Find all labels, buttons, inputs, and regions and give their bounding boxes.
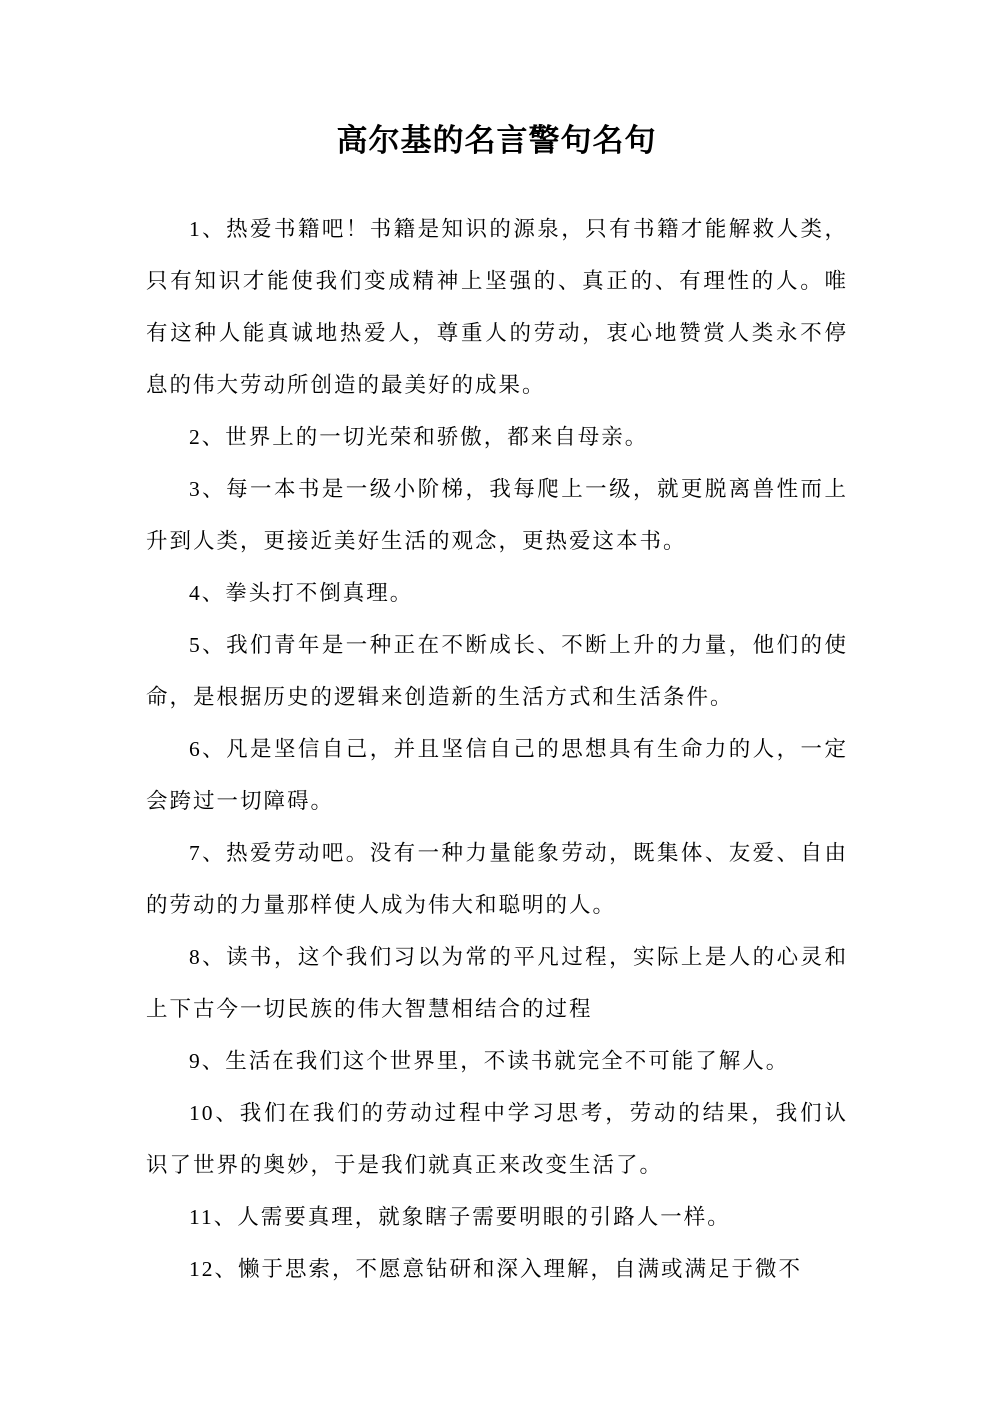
- quote-paragraph-4: 4、拳头打不倒真理。: [146, 567, 848, 619]
- quote-paragraph-7: 7、热爱劳动吧。没有一种力量能象劳动，既集体、友爱、自由的劳动的力量那样使人成为…: [146, 827, 848, 931]
- quote-paragraph-10: 10、我们在我们的劳动过程中学习思考，劳动的结果，我们认识了世界的奥妙，于是我们…: [146, 1087, 848, 1191]
- quote-paragraph-12: 12、懒于思索，不愿意钻研和深入理解，自满或满足于微不: [146, 1243, 848, 1295]
- quote-paragraph-11: 11、人需要真理，就象瞎子需要明眼的引路人一样。: [146, 1191, 848, 1243]
- document-title: 高尔基的名言警句名句: [0, 121, 993, 161]
- quote-paragraph-9: 9、生活在我们这个世界里，不读书就完全不可能了解人。: [146, 1035, 848, 1087]
- quote-paragraph-3: 3、每一本书是一级小阶梯，我每爬上一级，就更脱离兽性而上升到人类，更接近美好生活…: [146, 463, 848, 567]
- quote-paragraph-6: 6、凡是坚信自己，并且坚信自己的思想具有生命力的人，一定会跨过一切障碍。: [146, 723, 848, 827]
- quote-paragraph-1: 1、热爱书籍吧！书籍是知识的源泉，只有书籍才能解救人类，只有知识才能使我们变成精…: [146, 203, 848, 411]
- document-body: 1、热爱书籍吧！书籍是知识的源泉，只有书籍才能解救人类，只有知识才能使我们变成精…: [146, 203, 848, 1295]
- quote-paragraph-2: 2、世界上的一切光荣和骄傲，都来自母亲。: [146, 411, 848, 463]
- document-page: 高尔基的名言警句名句 1、热爱书籍吧！书籍是知识的源泉，只有书籍才能解救人类，只…: [0, 0, 993, 1404]
- quote-paragraph-5: 5、我们青年是一种正在不断成长、不断上升的力量，他们的使命，是根据历史的逻辑来创…: [146, 619, 848, 723]
- quote-paragraph-8: 8、读书，这个我们习以为常的平凡过程，实际上是人的心灵和上下古今一切民族的伟大智…: [146, 931, 848, 1035]
